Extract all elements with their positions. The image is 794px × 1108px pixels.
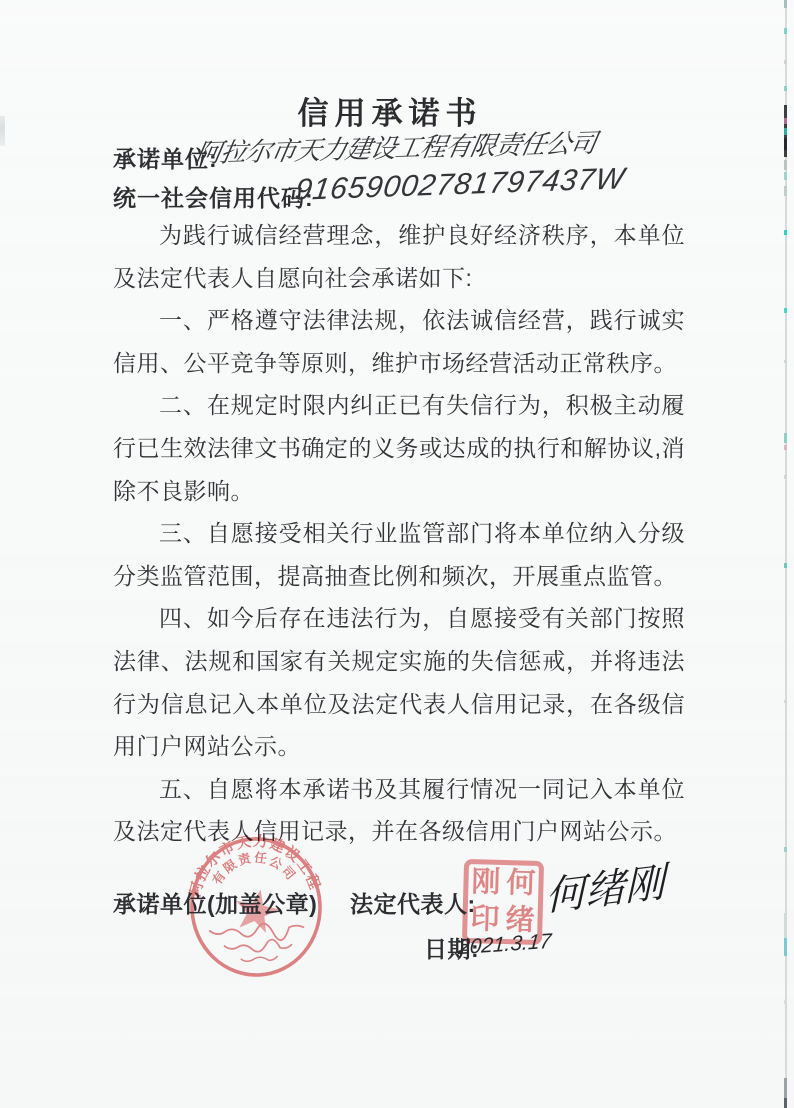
paragraph-intro: 为践行诚信经营理念，维护良好经济秩序，本单位及法定代表人自愿向社会承诺如下:	[113, 214, 685, 299]
seal-script-squiggle-3	[241, 956, 278, 962]
personal-seal-char: 何	[503, 865, 539, 903]
seal-script-squiggle-1	[209, 922, 305, 944]
field-label-credit-code: 统一社会信用代码:	[113, 180, 314, 213]
paragraph-item-2: 二、在规定时限内纠正已有失信行为，积极主动履行已生效法律文书确定的义务或达成的执…	[113, 384, 685, 512]
paragraph-item-1: 一、严格遵守法律法规，依法诚信经营，践行诚实信用、公平竞争等原则，维护市场经营活…	[113, 299, 685, 384]
legal-rep-signature: 何绪刚	[545, 851, 665, 923]
footer-unit-label: 承诺单位(加盖公章)	[113, 886, 317, 919]
scan-artifact-left-smudge	[0, 116, 5, 146]
scan-artifact-strip	[785, 0, 787, 1108]
footer-legal-rep-label: 法定代表人:	[350, 886, 476, 919]
paragraph-item-4: 四、如今后存在违法行为，自愿接受有关部门按照法律、法规和国家有关规定实施的失信惩…	[113, 597, 685, 767]
document-body: 为践行诚信经营理念，维护良好经济秩序，本单位及法定代表人自愿向社会承诺如下: 一…	[113, 214, 685, 853]
handwritten-credit-code: 91659002781797437W	[293, 162, 628, 208]
document-title: 信用承诺书	[0, 88, 780, 133]
paragraph-item-3: 三、自愿接受相关行业监管部门将本单位纳入分级分类监管范围，提高抽查比例和频次，开…	[113, 512, 685, 597]
scanned-document-page: 信用承诺书 承诺单位: 阿拉尔市天力建设工程有限责任公司 统一社会信用代码: 9…	[0, 0, 794, 1108]
handwritten-date: 2021.3.17	[457, 930, 552, 961]
